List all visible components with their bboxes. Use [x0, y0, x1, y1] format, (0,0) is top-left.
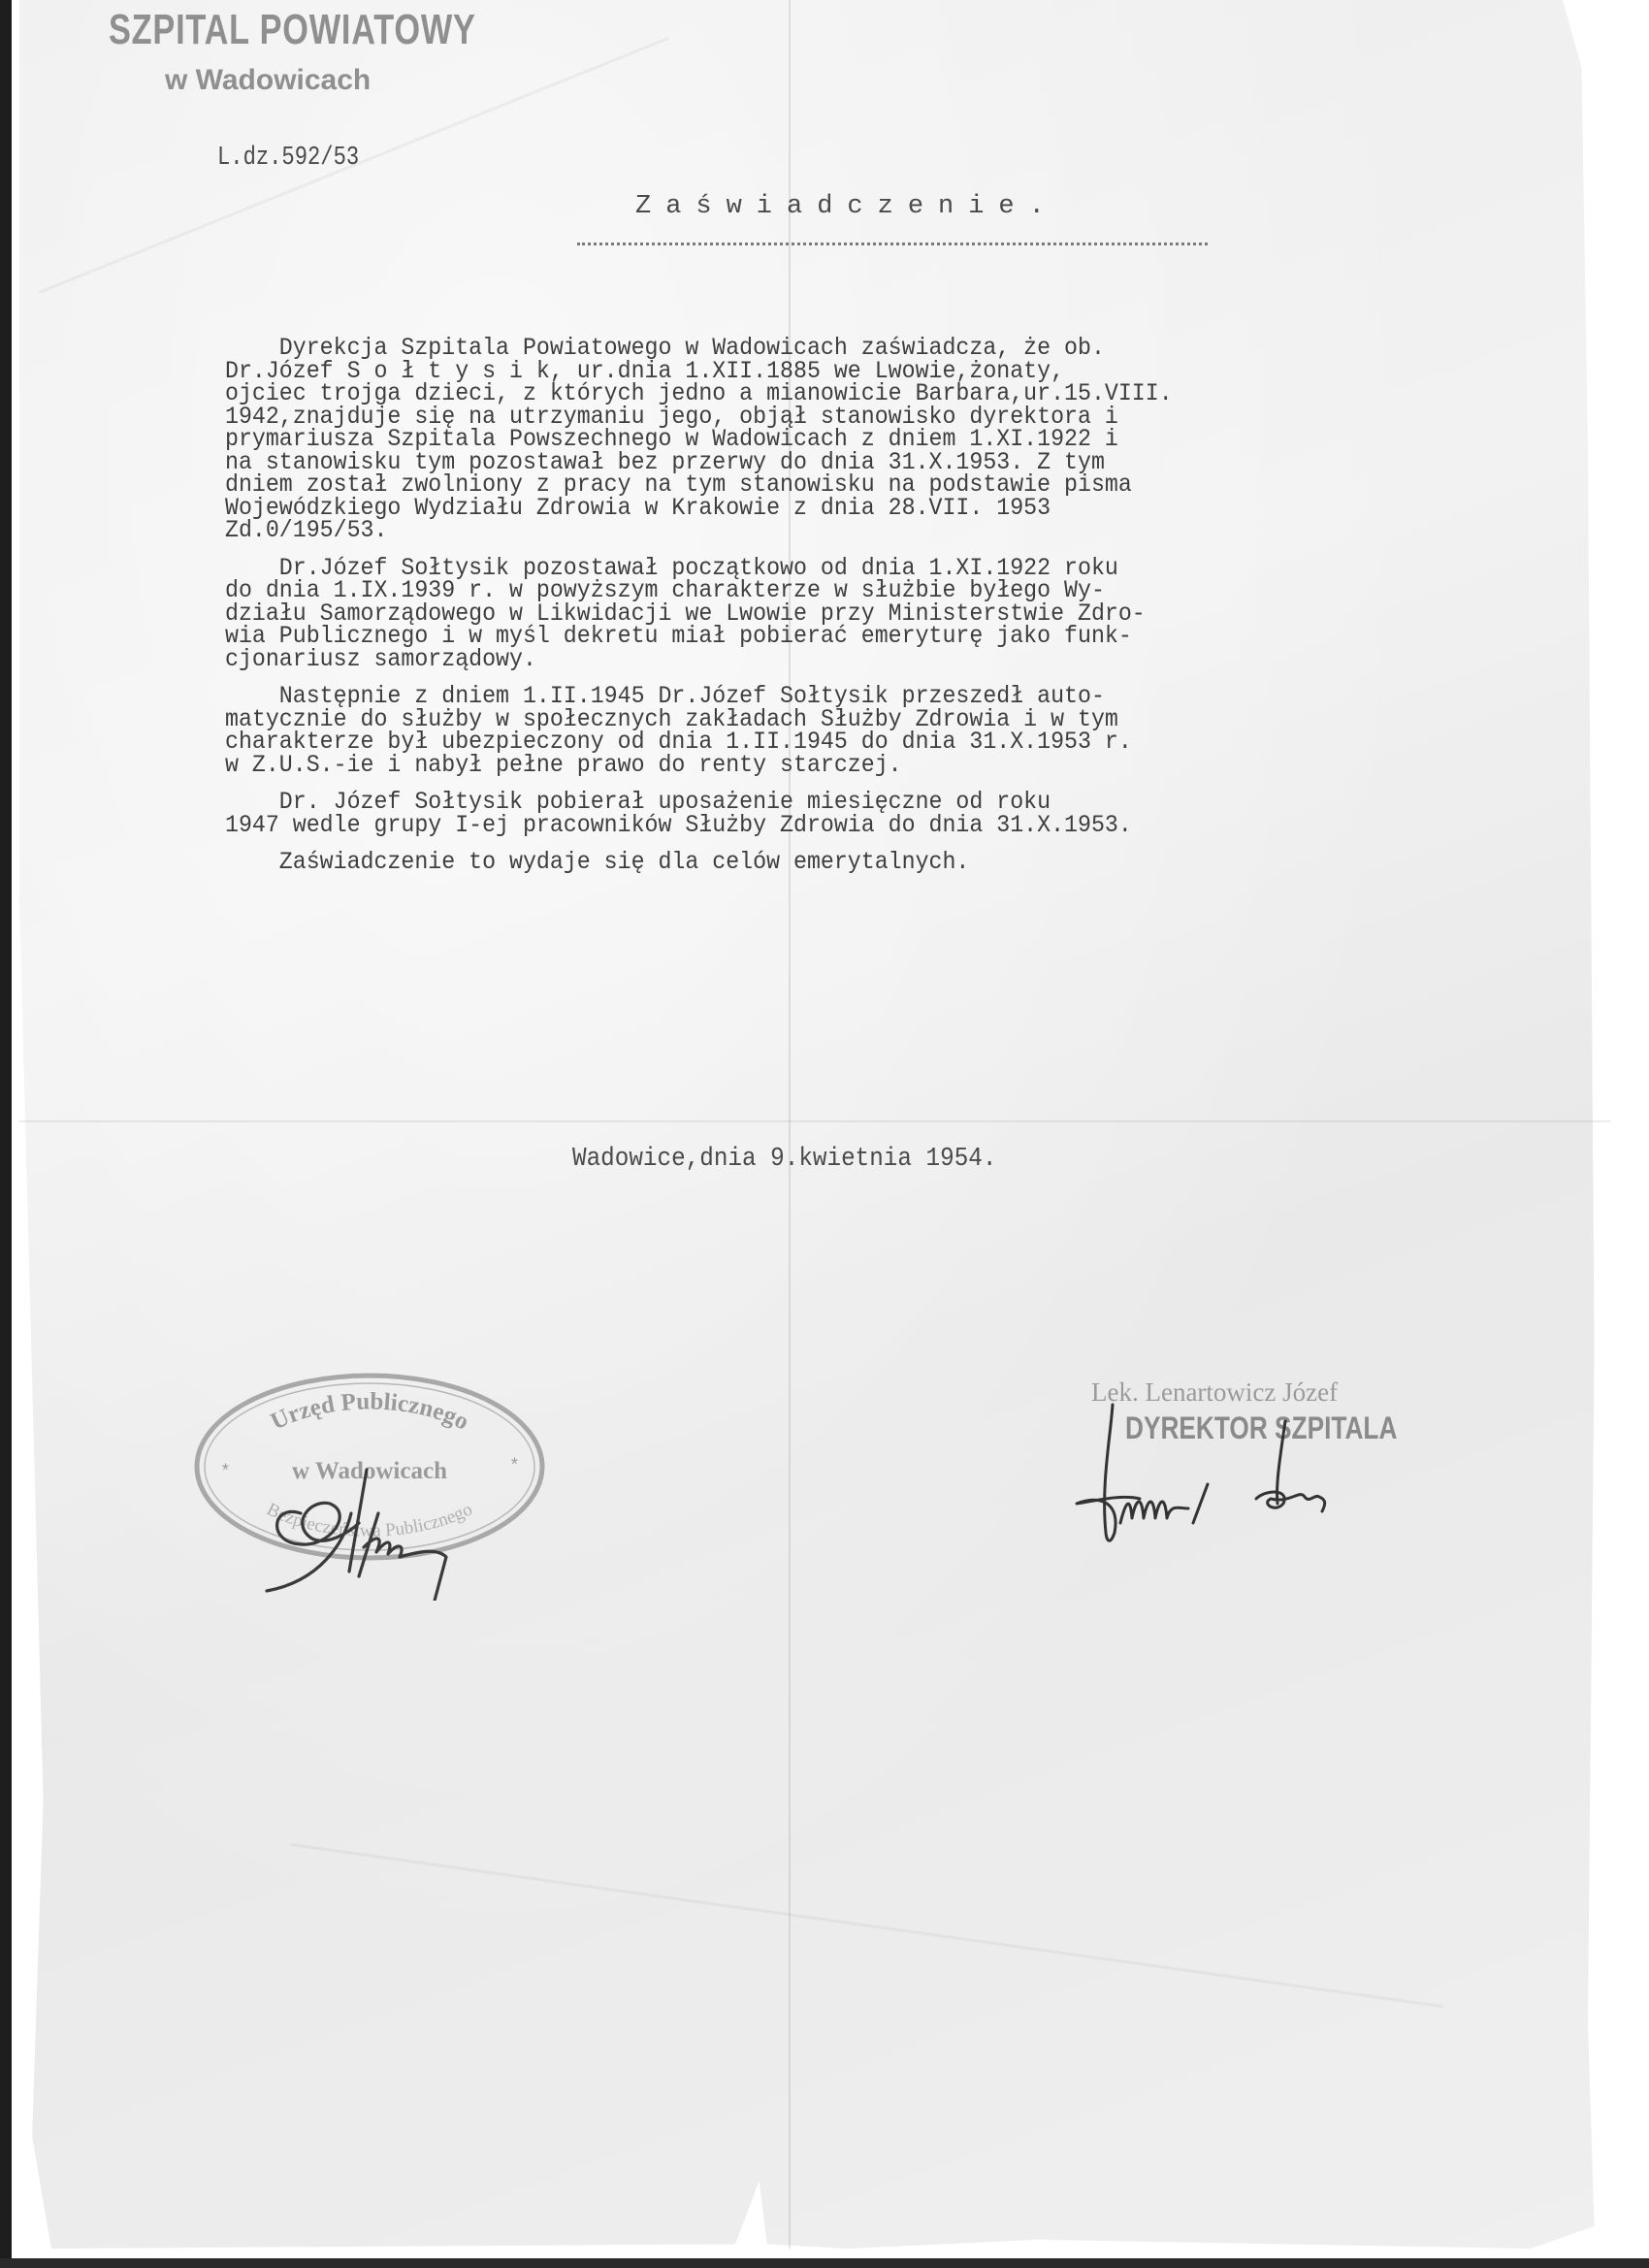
- certificate-body: Dyrekcja Szpitala Powiatowego w Wadowica…: [225, 337, 1602, 874]
- star-icon: *: [220, 1463, 231, 1482]
- title-underline: [577, 243, 1208, 245]
- svg-text:Urzęd Publicznego: Urzęd Publicznego: [267, 1388, 472, 1435]
- document-title: Zaświadczenie.: [635, 192, 1059, 221]
- body-line: Zd.0/195/53.: [225, 519, 1506, 542]
- reference-number: L.dz.592/53: [217, 144, 359, 173]
- body-line: cjonariusz samorządowy.: [225, 648, 1506, 671]
- signature-left: [262, 1465, 456, 1601]
- hospital-stamp-line1: SZPITAL POWIATOWY: [109, 6, 476, 54]
- body-line: Wojewódzkiego Wydziału Zdrowia w Krakowi…: [225, 497, 1506, 520]
- oval-stamp-top-text: Urzęd Publicznego: [267, 1388, 472, 1435]
- hospital-stamp-line2: w Wadowicach: [165, 64, 371, 97]
- scan-border-bottom: [0, 2258, 1649, 2268]
- star-icon: *: [509, 1457, 520, 1476]
- place-and-date: Wadowice,dnia 9.kwietnia 1954.: [572, 1145, 996, 1174]
- scan-border-left: [0, 0, 12, 2268]
- signature-director: [1072, 1397, 1334, 1552]
- body-line: 1947 wedle grupy I-ej pracowników Służby…: [225, 814, 1506, 837]
- horizontal-fold-line: [19, 1120, 1610, 1122]
- body-line: w Z.U.S.-ie i nabył pełne prawo do renty…: [225, 754, 1506, 777]
- body-line: Zaświadczenie to wydaje się dla celów em…: [225, 851, 1506, 874]
